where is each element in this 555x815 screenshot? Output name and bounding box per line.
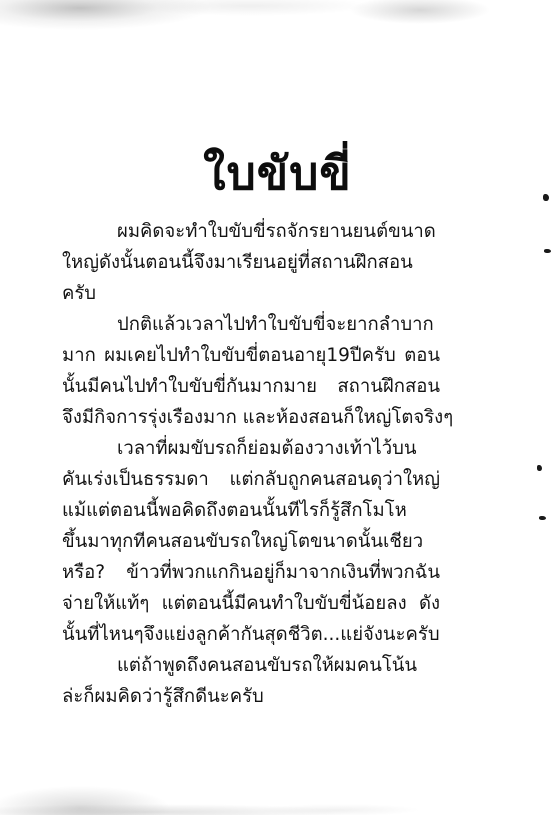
scan-noise-bottom: [0, 760, 555, 815]
scan-speck: [539, 516, 546, 520]
body-line: คันเร่งเป็นธรรมดา แต่กลับถูกคนสอนดุว่าให…: [62, 468, 440, 492]
body-line: นั้นมีคนไปทำใบขับขี่กันมากมาย สถานฝึกสอน: [62, 375, 440, 399]
body-line: ใหญ่ดังนั้นตอนนี้จึงมาเรียนอยู่ที่สถานฝึ…: [62, 251, 440, 275]
body-line: นั้นที่ไหนๆจึงแย่งลูกค้ากันสุดชีวิต...แย…: [62, 623, 440, 647]
body-line: จึงมีกิจการรุ่งเรืองมาก และห้องสอนก็ใหญ่…: [62, 406, 440, 430]
scan-speck: [544, 249, 551, 253]
body-line: ผมคิดจะทำใบขับขี่รถจักรยานยนต์ขนาด: [117, 220, 440, 244]
body-line: ล่ะก็ผมคิดว่ารู้สึกดีนะครับ: [62, 685, 440, 709]
body-line: แม้แต่ตอนนี้พอคิดถึงตอนนั้นทีไรก็รู้สึกโ…: [62, 499, 440, 523]
scanned-page: ใบขับขี่ ผมคิดจะทำใบขับขี่รถจักรยานยนต์ข…: [0, 0, 555, 815]
body-line: ขึ้นมาทุกทีคนสอนขับรถใหญ่โตขนาดนั้นเชียว: [62, 530, 440, 554]
body-line: แต่ถ้าพูดถึงคนสอนขับรถให้ผมคนโน้น: [117, 654, 440, 678]
body-line: มาก ผมเคยไปทำใบขับขี่ตอนอายุ19ปีครับ ตอน: [62, 344, 440, 368]
body-line: ครับ: [62, 282, 440, 306]
body-line: เวลาที่ผมขับรถก็ย่อมต้องวางเท้าไว้บน: [117, 437, 440, 461]
scan-speck: [537, 465, 542, 471]
page-title: ใบขับขี่: [0, 143, 555, 203]
body-line: หรือ? ข้าวที่พวกแกกินอยู่ก็มาจากเงินที่พ…: [62, 561, 440, 585]
scan-noise-top: [0, 0, 555, 45]
body-line: ปกติแล้วเวลาไปทำใบขับขี่จะยากลำบาก: [117, 313, 440, 337]
body-line: จ่ายให้แท้ๆ แต่ตอนนี้มีคนทำใบขับขี่น้อยล…: [62, 592, 440, 616]
